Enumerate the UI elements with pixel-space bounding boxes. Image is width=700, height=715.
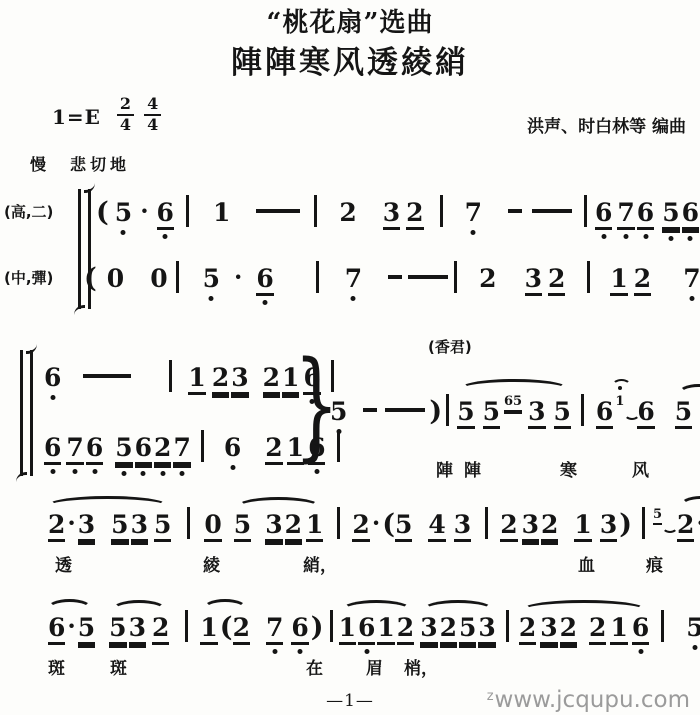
barline — [330, 610, 333, 642]
note: 7 — [173, 435, 190, 465]
lyric-syllable: 斑 — [110, 654, 127, 679]
barline — [485, 507, 488, 539]
duration-dash — [508, 209, 522, 213]
note: 5 — [234, 512, 251, 542]
barline — [440, 195, 443, 227]
watermark-mark-icon: z — [487, 689, 494, 704]
octave-dot-low — [141, 471, 146, 476]
slur-group: 53 — [675, 399, 700, 429]
note: 5 — [686, 615, 700, 640]
lyric-syllable: 陣 — [464, 456, 481, 481]
note: 7 — [617, 200, 634, 230]
dot-rhythm: · — [67, 511, 75, 535]
music-row-1: 2·3535053212·(54323213)52·35 — [44, 507, 700, 542]
octave-dot-low — [50, 469, 55, 474]
octave-dot-low — [471, 230, 476, 235]
note: 5 — [109, 615, 126, 645]
lyric-syllable: 梢， — [404, 654, 438, 679]
note: 3 — [540, 615, 557, 645]
barline — [581, 394, 584, 426]
music-row-2: 67656276216 — [44, 430, 340, 465]
barline — [169, 360, 172, 392]
note: 2 — [440, 615, 457, 645]
octave-dot-low — [163, 234, 168, 239]
note: 7 — [683, 266, 700, 291]
note: 6 — [308, 435, 325, 465]
octave-dot-low — [643, 234, 648, 239]
slur-group: 2·3535 — [44, 511, 171, 542]
music-row-2: (005·67232127 — [84, 261, 700, 296]
note: 3 — [454, 512, 471, 542]
octave-dot-low — [692, 645, 697, 650]
barline — [187, 507, 190, 539]
octave-dot-low — [314, 469, 319, 474]
note: 1 — [610, 615, 627, 645]
watermark: zwww.jcqupu.com — [487, 687, 690, 713]
note: 3 — [420, 615, 437, 645]
barline — [587, 261, 590, 293]
barline — [316, 261, 319, 293]
tempo-marking: 慢 悲切地 — [30, 152, 130, 175]
barline — [201, 430, 204, 462]
octave-dot-low — [688, 236, 693, 241]
octave-dot-low — [689, 296, 694, 301]
music-row-1: 6123216 — [44, 360, 334, 395]
note: 5 — [154, 512, 171, 542]
instrument-label-1: (高,二) — [4, 201, 53, 222]
system-1-intro: (高,二)(中,彈)(5·6123276765627(005·67232127 — [0, 185, 700, 317]
octave-dot-low — [121, 230, 126, 235]
music-row-3: 5)55653561653 — [326, 394, 700, 429]
note: 3 — [383, 200, 400, 230]
note: 5 — [111, 512, 128, 542]
note: 2 — [500, 512, 517, 542]
barline — [185, 610, 188, 642]
note: 5 — [554, 399, 571, 429]
note: 6 — [44, 365, 61, 390]
note: 2 — [519, 615, 536, 645]
slur-group: 1(2 — [200, 614, 250, 645]
octave-dot-low — [263, 300, 268, 305]
note: 0 — [150, 266, 167, 291]
barline — [331, 360, 334, 392]
note: 6 — [44, 435, 61, 465]
grace-note: 1 — [615, 394, 624, 409]
duration-dash — [83, 374, 131, 378]
lyric-syllable: 在 — [306, 654, 323, 679]
note: 2 — [397, 615, 414, 645]
note: 6 — [157, 200, 174, 230]
note: 2 — [265, 435, 282, 465]
octave-dot-low — [180, 471, 185, 476]
watermark-url: www.jcqupu.com — [495, 687, 690, 713]
lyric-syllable: 风 — [632, 456, 649, 481]
meter-1: 24 — [117, 96, 134, 134]
score-subtitle: “桃花扇”选曲 — [0, 2, 700, 39]
duration-dash — [363, 408, 377, 412]
barline — [337, 430, 340, 462]
grace-note: 65 — [504, 394, 522, 412]
duration-dash — [532, 209, 572, 213]
octave-dot-low — [272, 649, 277, 654]
note: 6 — [682, 200, 699, 230]
note: 6 — [303, 365, 320, 395]
barline — [642, 507, 645, 539]
dot-rhythm: · — [67, 614, 75, 638]
note: 2 — [406, 200, 423, 230]
note: 2 — [589, 615, 606, 645]
system-3-line: 2·3535053212·(54323213)52·35透綾綃，血痕 — [0, 497, 700, 597]
slur-group: 1612 — [339, 615, 415, 645]
note: 1 — [377, 615, 394, 645]
octave-dot-low — [336, 429, 341, 434]
note: 6 — [595, 200, 612, 230]
note: 5 — [662, 200, 679, 230]
note: 6 — [291, 615, 308, 645]
system-bracket — [20, 350, 33, 476]
slur-group: 232216 — [519, 615, 649, 645]
note: 4 — [428, 512, 445, 542]
parenthesis: ) — [429, 398, 442, 425]
octave-dot-high — [618, 386, 622, 390]
barline — [314, 195, 317, 227]
note: 1 — [339, 615, 356, 645]
key-tonic: 1=E — [52, 105, 101, 129]
dot-rhythm: · — [140, 199, 148, 223]
octave-dot-low — [73, 469, 78, 474]
lyric-syllable: 綾 — [203, 551, 220, 576]
octave-dot-low — [668, 236, 673, 241]
barline — [337, 507, 340, 539]
note: 0 — [204, 512, 221, 542]
slur-group: 3253 — [420, 615, 496, 645]
note: 1 — [306, 512, 323, 542]
parenthesis: ( — [96, 199, 109, 226]
note: 7 — [345, 266, 362, 291]
parenthesis: ( — [220, 614, 233, 641]
note: 5 — [395, 512, 412, 542]
note: 7 — [266, 615, 283, 645]
parenthesis: ) — [619, 511, 632, 538]
octave-dot-low — [230, 465, 235, 470]
note: 1 — [282, 365, 299, 395]
lyric-syllable: 寒 — [560, 456, 577, 481]
score-title: 陣陣寒风透綾綃 — [0, 37, 700, 82]
note: 3 — [478, 615, 495, 645]
note: 6 — [48, 615, 65, 645]
annotation-role: (香君) — [428, 336, 472, 357]
note: 2 — [233, 615, 250, 645]
tie-hook — [662, 520, 678, 533]
note: 7 — [465, 200, 482, 225]
slur-group: 556535 — [457, 394, 571, 429]
note: 5 — [203, 266, 220, 291]
note: 6 — [224, 435, 241, 460]
note: 6 — [86, 435, 103, 465]
note: 2 — [263, 365, 280, 395]
note: 3 — [522, 512, 539, 542]
lyric-syllable: 痕 — [646, 551, 663, 576]
note: 2 — [154, 435, 171, 465]
dot-rhythm: · — [696, 511, 700, 535]
slur-group: 5321 — [234, 512, 324, 542]
note: 2 — [548, 266, 565, 296]
note: 2 — [677, 512, 694, 542]
note: 0 — [107, 266, 124, 291]
note: 6 — [358, 615, 375, 645]
meter-2: 44 — [144, 96, 161, 134]
note: 1 — [287, 435, 304, 465]
octave-dot-low — [298, 649, 303, 654]
octave-dot-low — [50, 395, 55, 400]
barline — [176, 261, 179, 293]
note: 5 — [457, 399, 474, 429]
note: 2 — [634, 266, 651, 296]
note: 5 — [78, 615, 95, 645]
parenthesis: ( — [84, 265, 97, 292]
note: 5 — [330, 399, 347, 424]
note: 3 — [525, 266, 542, 296]
note: 3 — [131, 512, 148, 542]
barline — [661, 610, 664, 642]
barline — [186, 195, 189, 227]
note: 2 — [479, 266, 496, 291]
note: 3 — [600, 512, 617, 542]
note: 1 — [200, 615, 217, 645]
parenthesis: ) — [311, 614, 324, 641]
instrument-label-2: (中,彈) — [4, 267, 53, 288]
lyric-syllable: 眉 — [366, 654, 383, 679]
note: 7 — [66, 435, 83, 465]
music-row-1: (5·6123276765627 — [96, 195, 700, 230]
slur-group: 2·3 — [677, 511, 700, 542]
octave-dot-low — [209, 296, 214, 301]
music-row-1: 6·55321(276)161232532322165(5 — [44, 610, 700, 645]
note: 3 — [528, 399, 545, 429]
lyric-syllable: 綃， — [303, 551, 337, 576]
octave-dot-low — [601, 234, 606, 239]
dot-rhythm: · — [234, 265, 242, 289]
lyric-syllable: 陣 — [436, 456, 453, 481]
octave-dot-low — [121, 471, 126, 476]
barline — [584, 195, 587, 227]
parenthesis: ( — [382, 511, 395, 538]
lyric-syllable: 斑 — [48, 654, 65, 679]
note: 5 — [115, 200, 132, 225]
octave-dot-low — [310, 399, 315, 404]
note: 1 — [188, 365, 205, 395]
note: 5 — [675, 399, 692, 429]
note: 2 — [152, 615, 169, 645]
system-2-vocal-entry: }(香君)6123216676562762165)55653561653陣陣寒风 — [0, 338, 700, 490]
note: 5 — [483, 399, 500, 429]
duration-dash — [385, 408, 425, 412]
note: 3 — [129, 615, 146, 645]
octave-dot-low — [160, 471, 165, 476]
dot-rhythm: · — [372, 511, 380, 535]
duration-dash — [408, 275, 448, 279]
barline — [506, 610, 509, 642]
note: 6 — [632, 615, 649, 645]
barline — [446, 394, 449, 426]
note: 6 — [256, 266, 273, 296]
arranger-credit: 洪声、时白林等 编曲 — [527, 112, 686, 137]
note: 5 — [459, 615, 476, 645]
octave-dot-low — [638, 649, 643, 654]
note: 2 — [212, 365, 229, 395]
note: 1 — [213, 200, 230, 225]
note: 3 — [231, 365, 248, 395]
score-page: “桃花扇”选曲 陣陣寒风透綾綃 1=E2444 洪声、时白林等 编曲 慢 悲切地… — [0, 0, 700, 715]
lyric-syllable: 血 — [578, 551, 595, 576]
duration-dash — [388, 275, 402, 279]
octave-dot-low — [624, 234, 629, 239]
note: 3 — [265, 512, 282, 542]
octave-dot-low — [92, 469, 97, 474]
note: 6 — [135, 435, 152, 465]
note: 1 — [610, 266, 627, 296]
note: 2 — [352, 512, 369, 542]
lyric-syllable: 透 — [55, 551, 72, 576]
note: 2 — [48, 512, 65, 542]
note: 5 — [115, 435, 132, 465]
key-signature: 1=E2444 — [52, 96, 161, 134]
octave-dot-low — [351, 296, 356, 301]
note: 6 — [637, 200, 654, 230]
note: 1 — [574, 512, 591, 542]
note: 2 — [339, 200, 356, 225]
barline — [454, 261, 457, 293]
duration-dash — [256, 209, 300, 213]
note: 2 — [541, 512, 558, 542]
note: 2 — [285, 512, 302, 542]
note: 3 — [78, 512, 95, 542]
grace-note: 5 — [653, 507, 662, 525]
note: 2 — [560, 615, 577, 645]
note: 6 — [596, 399, 613, 429]
note: 6 — [637, 399, 654, 429]
slur-group: 6·5 — [44, 614, 95, 645]
slur-group: 532 — [109, 615, 169, 645]
